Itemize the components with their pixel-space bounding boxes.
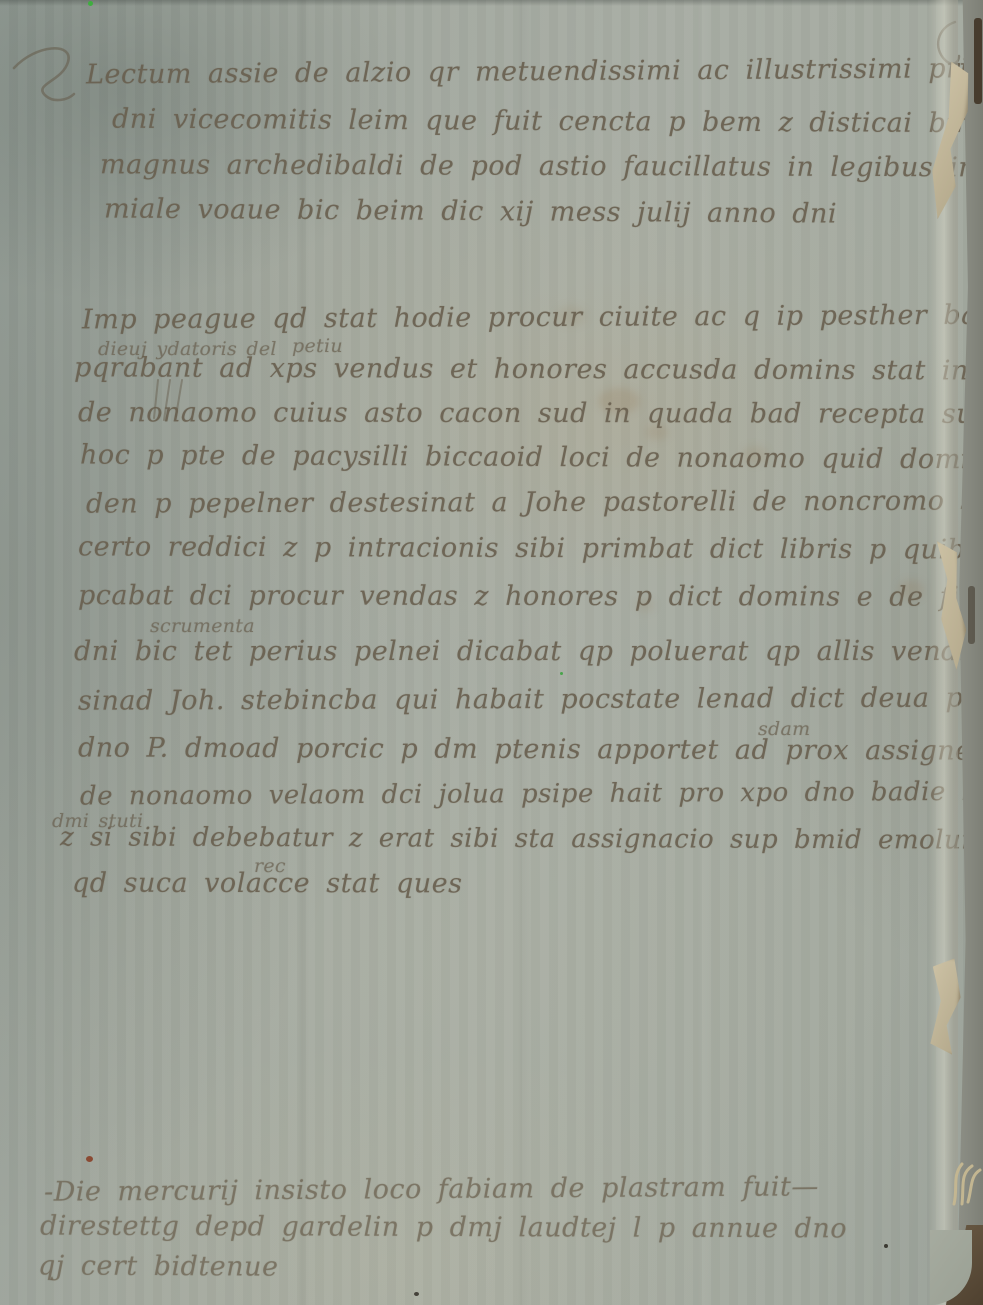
manuscript-line: -Die mercurij insisto loco fabiam de pla… [44, 1171, 819, 1207]
manuscript-line: de nonaomo cuius asto cacon sud in quada… [78, 397, 983, 430]
dust-speck [884, 1244, 888, 1248]
manuscript-line: direstettg depd gardelin p dmj laudtej l… [40, 1211, 847, 1245]
manuscript-line: den p pepelner destesinat a Johe pastore… [86, 485, 983, 519]
dust-speck [86, 1156, 93, 1162]
manuscript-line: hoc p pte de pacysilli biccaoid loci de … [80, 440, 983, 476]
binding-gap-shadow [968, 586, 975, 644]
handwritten-text: Lectum assie de alzio qr metuendissimi a… [0, 0, 983, 1305]
dust-speck [414, 1292, 419, 1296]
manuscript-line: scrumenta [150, 615, 255, 637]
manuscript-line: qd suca volacce stat ques [72, 868, 463, 900]
manuscript-line: dni bic tet perius pelnei dicabat qp pol… [74, 636, 983, 667]
manuscript-line: Imp peague qd stat hodie procur ciuite a… [82, 300, 983, 336]
manuscript-line: dni vicecomitis leim que fuit cencta p b… [112, 104, 983, 140]
manuscript-line: pcabat dci procur vendas z honores p dic… [78, 580, 983, 613]
manuscript-line: dno P. dmoad porcic p dm ptenis apportet… [78, 732, 972, 766]
dust-speck [88, 1, 93, 6]
manuscript-line: de nonaomo velaom dci jolua psipe hait p… [80, 776, 983, 811]
manuscript-line: z si sibi debebatur z erat sibi sta assi… [60, 822, 983, 855]
manuscript-line: sinad Joh. stebincba qui habait pocstate… [78, 682, 983, 716]
manuscript-line: Lectum assie de alzio qr metuendissimi a… [86, 53, 983, 91]
frayed-thread-icon [948, 1160, 983, 1208]
manuscript-line: miale voaue bic beim dic xij mess julij … [104, 193, 837, 229]
manuscript-line: certo reddici z p intracionis sibi primb… [78, 531, 983, 565]
manuscript-line: magnus archedibaldi de pod astio faucill… [100, 149, 983, 183]
manuscript-line: qj cert bidtenue [38, 1250, 279, 1282]
dust-speck [560, 672, 563, 675]
binding-gap-shadow [974, 18, 982, 104]
manuscript-photo: { "document": { "kind": "medieval manusc… [0, 0, 983, 1305]
manuscript-line: pqrabant ad xps vendus et honores accusd… [74, 352, 983, 386]
